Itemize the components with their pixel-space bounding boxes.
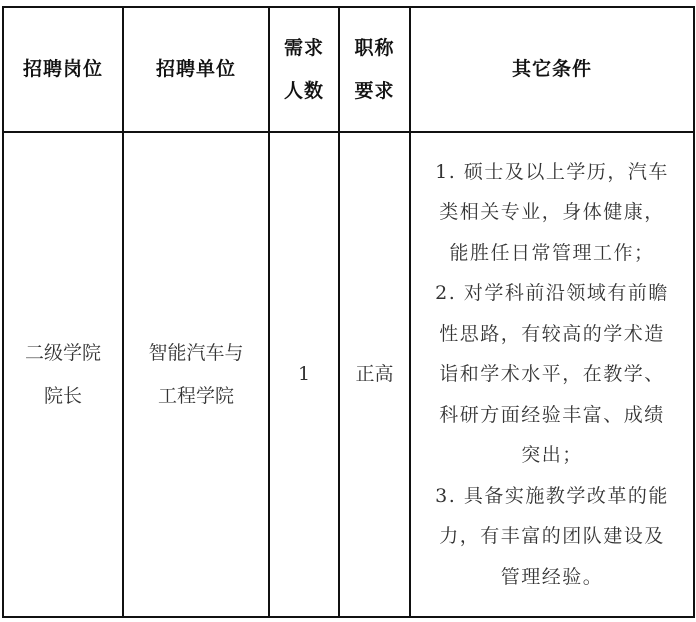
condition-line: 管理经验。 [411,557,693,598]
header-conditions-label: 其它条件 [411,48,693,91]
position-line-2: 院长 [4,375,122,418]
condition-line: 突出； [411,435,693,476]
condition-line: 类相关专业，身体健康， [411,192,693,233]
header-position-label: 招聘岗位 [4,48,122,91]
header-title-requirement: 职称 要求 [339,7,410,132]
header-count-label-1: 需求 [270,27,338,70]
cell-unit: 智能汽车与 工程学院 [123,132,269,617]
header-count-label-2: 人数 [270,70,338,113]
header-position: 招聘岗位 [3,7,123,132]
header-title-label-2: 要求 [340,70,409,113]
count-value: 1 [270,353,338,396]
condition-line: 能胜任日常管理工作； [411,233,693,274]
header-count: 需求 人数 [269,7,339,132]
position-line-1: 二级学院 [4,332,122,375]
header-unit: 招聘单位 [123,7,269,132]
condition-line: 3. 具备实施教学改革的能 [411,476,693,517]
table-header-row: 招聘岗位 招聘单位 需求 人数 职称 要求 其它条件 [3,7,694,132]
recruitment-table: 招聘岗位 招聘单位 需求 人数 职称 要求 其它条件 二级学院 院长 智能汽车与… [2,6,695,618]
condition-line: 诣和学术水平，在教学、 [411,354,693,395]
unit-line-2: 工程学院 [124,375,268,418]
header-title-label-1: 职称 [340,27,409,70]
condition-line: 科研方面经验丰富、成绩 [411,395,693,436]
cell-title-requirement: 正高 [339,132,410,617]
header-unit-label: 招聘单位 [124,48,268,91]
title-requirement-value: 正高 [340,353,409,396]
condition-line: 力，有丰富的团队建设及 [411,516,693,557]
condition-line: 性思路，有较高的学术造 [411,314,693,355]
cell-count: 1 [269,132,339,617]
header-conditions: 其它条件 [410,7,694,132]
cell-conditions: 1. 硕士及以上学历，汽车 类相关专业，身体健康， 能胜任日常管理工作； 2. … [410,132,694,617]
condition-line: 2. 对学科前沿领域有前瞻 [411,273,693,314]
condition-line: 1. 硕士及以上学历，汽车 [411,152,693,193]
cell-position: 二级学院 院长 [3,132,123,617]
table-row: 二级学院 院长 智能汽车与 工程学院 1 正高 1. 硕士及以上学历，汽车 类相… [3,132,694,617]
unit-line-1: 智能汽车与 [124,332,268,375]
